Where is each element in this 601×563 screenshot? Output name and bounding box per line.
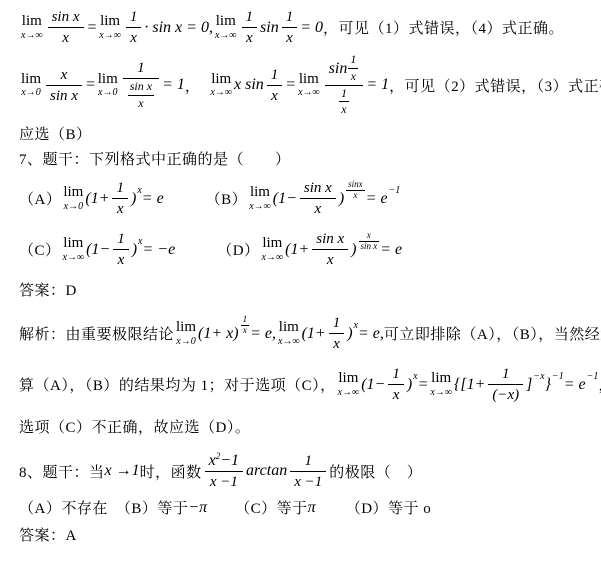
limit-operator: limx→0 [21, 72, 41, 99]
math-text: (1+ [85, 190, 109, 208]
fraction: 1x [282, 8, 298, 47]
superscript: xsin x [358, 231, 381, 252]
fraction-denominator: x [282, 28, 298, 47]
limit-subscript: x→∞ [430, 388, 452, 398]
text-run: 答案：D [19, 279, 77, 300]
text-run: 7、题干：下列格式中正确的是（ ） [19, 148, 291, 169]
fraction-denominator: x [241, 326, 250, 336]
limit-word: lim [215, 14, 237, 30]
math-text: −π [188, 499, 207, 517]
math-text: (1− [86, 241, 110, 259]
math-text: = [87, 19, 98, 37]
math-text: = e [142, 190, 164, 208]
fraction-numerator: 1 [242, 8, 258, 28]
text-run: 算（A），（B）的结果均为 1；对于选项（C）， [19, 374, 336, 395]
q7-options-cd-line: （C）limx→∞(1−1x)x = −e（D）limx→∞(1+sin xx)… [19, 230, 597, 269]
limit-subscript: x→0 [63, 202, 83, 212]
text-run: （B） [206, 188, 248, 209]
text-run: （C） [19, 239, 61, 260]
fraction-numerator: x2 −1 [205, 451, 243, 472]
limit-operator: limx→0 [63, 185, 83, 212]
superscript: −1 [552, 371, 564, 382]
fraction: sin xx [48, 8, 84, 47]
fraction: 1sin xx [123, 59, 159, 111]
fraction-denominator: sin x [46, 86, 82, 105]
fraction-numerator: 1 [123, 59, 159, 79]
limit-subscript: x→0 [176, 337, 196, 347]
fraction-denominator: x [112, 199, 128, 218]
fraction: 1x [388, 365, 404, 404]
math-text: ) [132, 241, 137, 259]
fraction-numerator: 1 [112, 179, 128, 199]
math-text: = 1 [366, 76, 389, 94]
math-text: (1− [273, 190, 297, 208]
math-text: π [308, 499, 316, 517]
fraction: 1x [267, 66, 283, 105]
math-text: ) [339, 190, 344, 208]
limit-subscript: x→∞ [262, 253, 284, 263]
limit-operator: limx→∞ [262, 236, 284, 263]
text-run: （A） [19, 188, 61, 209]
math-text: x →1 [105, 462, 140, 480]
limit-subscript: x→0 [21, 88, 41, 98]
math-text: = e [380, 241, 402, 259]
fraction-denominator: sin x [359, 242, 380, 252]
math-text: ) [347, 325, 352, 343]
fraction-denominator: x [388, 385, 404, 404]
limit-subscript: x→∞ [298, 88, 320, 98]
math-text: sin [329, 59, 348, 78]
limit-word: lim [278, 320, 300, 336]
superscript: 2 [216, 451, 221, 462]
fraction-numerator: 1 [329, 314, 345, 334]
fraction: 1x [112, 179, 128, 218]
limit-subscript: x→∞ [249, 202, 271, 212]
superscript: x [354, 320, 358, 331]
limit-word: lim [63, 185, 83, 201]
math-text: arctan [246, 462, 287, 480]
fraction-numerator: 1 [113, 230, 129, 250]
math-text: } [545, 376, 551, 394]
superscript: 1x [240, 315, 251, 336]
limit-operator: limx→∞ [210, 72, 232, 99]
limit-word: lim [430, 371, 452, 387]
fraction-denominator: x [312, 250, 348, 269]
fraction: 1x [126, 8, 142, 47]
limit-operator: limx→0 [176, 320, 196, 347]
text-run: 时，函数 [140, 461, 202, 482]
fraction: sin xx [300, 179, 336, 218]
text-run: ，可见（2）式错误，（3）式正确， [389, 75, 601, 96]
superscript: sinxx [345, 180, 366, 201]
fraction: xsin x [46, 66, 82, 105]
superscript: x [137, 185, 141, 196]
text-run: ，可见（1）式错误，（4）式正确。 [323, 17, 564, 38]
fraction-numerator: 1 [339, 87, 349, 103]
math-text: {[1+ [454, 376, 485, 394]
fraction-denominator: x [267, 86, 283, 105]
math-text: (1+ x) [198, 325, 239, 343]
math-text: −1 [220, 451, 239, 470]
limit-word: lim [249, 185, 271, 201]
fraction-denominator: (−x) [488, 385, 523, 404]
math-text: (1− [361, 376, 385, 394]
fraction: 1x [241, 315, 250, 336]
math-text: = [285, 76, 296, 94]
limit-word: lim [63, 236, 85, 252]
limit-subscript: x→∞ [99, 31, 121, 41]
limit-operator: limx→∞ [278, 320, 300, 347]
limit-subscript: x→∞ [278, 337, 300, 347]
fraction-numerator: sin x [48, 8, 84, 28]
fraction-denominator: x −1 [290, 472, 326, 491]
limit-word: lim [21, 72, 41, 88]
math-text: sin [260, 19, 279, 37]
fraction: 1x [339, 87, 349, 118]
math-text: = e [366, 190, 388, 208]
text-run: 答案：A [19, 524, 77, 545]
fraction-numerator: x [46, 66, 82, 86]
text-run: 解析：由重要极限结论 [19, 323, 174, 344]
q8-stem-line: 8、题干：当 x →1时，函数x2 −1x −1 arctan 1x −1的极限… [19, 451, 597, 491]
fraction-denominator: x [300, 199, 336, 218]
text-run: （D） [217, 239, 259, 260]
limit-operator: limx→∞ [21, 14, 43, 41]
fraction: sin xx [128, 80, 154, 111]
math-text: ) [407, 376, 412, 394]
text-run: 可立即排除（A），（B），当然经过计 [384, 323, 601, 344]
limit-subscript: x→∞ [210, 88, 232, 98]
q7-answer-line: 答案：D [19, 279, 597, 300]
math-text: · sin x = 0, [144, 19, 213, 37]
fraction: sinxx [346, 180, 365, 201]
limit-word: lim [98, 72, 118, 88]
fraction-numerator: sin x [128, 80, 154, 96]
text-run: （C）等于 [235, 497, 308, 518]
q7-options-ab-line: （A）limx→0(1+1x)x = e（B）limx→∞(1−sin xx)s… [19, 179, 597, 218]
fraction-numerator: 1 [388, 365, 404, 385]
superscript: x [413, 371, 417, 382]
document-body: limx→∞sin xx = limx→∞1x · sin x = 0, lim… [0, 0, 601, 545]
math-text: = 0 [300, 19, 323, 37]
text-run: （D）等于 o [346, 497, 432, 518]
text-run: 的极限（ ） [329, 461, 422, 482]
fraction-denominator: x [339, 102, 349, 117]
limit-subscript: x→∞ [21, 31, 43, 41]
fraction: x2 −1x −1 [205, 451, 243, 491]
fraction-numerator: 1 [126, 8, 142, 28]
limit-word: lim [210, 72, 232, 88]
limit-subscript: x→∞ [63, 253, 85, 263]
q6-answer-line: 应选（B） [19, 123, 597, 144]
limit-operator: limx→0 [98, 72, 118, 99]
text-run: （A）不存在 （B）等于 [19, 497, 188, 518]
superscript: −1 [389, 185, 401, 196]
fraction-denominator: 1x [325, 86, 364, 118]
math-text: = 1 [162, 76, 185, 94]
q6-solution-line-1: limx→∞sin xx = limx→∞1x · sin x = 0, lim… [19, 8, 597, 47]
math-text: ] [526, 376, 532, 394]
math-text: = [85, 76, 96, 94]
fraction-numerator: 1 [282, 8, 298, 28]
limit-operator: limx→∞ [63, 236, 85, 263]
limit-word: lim [176, 320, 196, 336]
q7-analysis-line-1: 解析：由重要极限结论limx→0(1+ x)1x = e,limx→∞(1+1x… [19, 314, 597, 353]
q7-stem-line: 7、题干：下列格式中正确的是（ ） [19, 148, 597, 169]
fraction: 1(−x) [488, 365, 523, 404]
math-text: ) [131, 190, 136, 208]
superscript: −x [533, 371, 544, 382]
fraction: 1x −1 [290, 452, 326, 491]
math-text: = e, [358, 325, 384, 343]
text-run: 8、题干：当 [19, 461, 105, 482]
math-text: = −e [143, 241, 176, 259]
q7-analysis-line-3: 选项（C）不正确，故应选（D）。 [19, 416, 597, 437]
text-run: 选项（C）不正确，故应选（D）。 [19, 416, 250, 437]
q8-options-line: （A）不存在 （B）等于−π（C）等于 π（D）等于 o [19, 497, 597, 518]
q8-answer-line: 答案：A [19, 524, 597, 545]
fraction-numerator: 1 [488, 365, 523, 385]
limit-word: lim [262, 236, 284, 252]
math-text: x [209, 451, 216, 470]
limit-word: lim [298, 72, 320, 88]
limit-operator: limx→∞ [249, 185, 271, 212]
math-text: ) [351, 241, 356, 259]
fraction-numerator: sin 1x [325, 53, 364, 86]
math-text: = [418, 376, 429, 394]
text-run: ， [185, 75, 201, 96]
limit-operator: limx→∞ [99, 14, 121, 41]
fraction-denominator: x [126, 28, 142, 47]
fraction-denominator: x [113, 250, 129, 269]
limit-operator: limx→∞ [298, 72, 320, 99]
q7-analysis-line-2: 算（A），（B）的结果均为 1；对于选项（C），limx→∞(1−1x)x = … [19, 365, 597, 404]
math-text: x sin [234, 76, 264, 94]
text-run: 应选（B） [19, 123, 92, 144]
limit-word: lim [21, 14, 43, 30]
limit-subscript: x→∞ [215, 31, 237, 41]
q6-solution-line-2: limx→0xsin x = limx→01sin xx = 1，limx→∞ … [19, 53, 597, 117]
fraction: sin 1x1x [325, 53, 364, 117]
fraction-denominator: sin xx [123, 79, 159, 111]
superscript: x [138, 236, 142, 247]
limit-operator: limx→∞ [338, 371, 360, 398]
fraction-denominator: x −1 [205, 472, 243, 491]
math-text: = e, [250, 325, 276, 343]
math-text: (1+ [302, 325, 326, 343]
limit-operator: limx→∞ [215, 14, 237, 41]
math-text: = e [564, 376, 586, 394]
limit-subscript: x→∞ [338, 388, 360, 398]
fraction: 1x [242, 8, 258, 47]
fraction-denominator: x [48, 28, 84, 47]
fraction-numerator: 1 [348, 53, 358, 69]
fraction: 1x [329, 314, 345, 353]
fraction-numerator: sin x [300, 179, 336, 199]
limit-word: lim [99, 14, 121, 30]
limit-word: lim [338, 371, 360, 387]
math-text: (1+ [285, 241, 309, 259]
fraction-denominator: x [329, 334, 345, 353]
fraction: xsin x [359, 231, 380, 252]
fraction: sin xx [312, 230, 348, 269]
fraction-numerator: sin x [312, 230, 348, 250]
fraction: 1x [113, 230, 129, 269]
superscript: −1 [587, 371, 599, 382]
fraction-denominator: x [346, 191, 365, 201]
fraction-numerator: 1 [267, 66, 283, 86]
fraction-numerator: 1 [290, 452, 326, 472]
limit-operator: limx→∞ [430, 371, 452, 398]
fraction-denominator: x [242, 28, 258, 47]
fraction-denominator: x [348, 69, 358, 84]
fraction: 1x [348, 53, 358, 84]
fraction-denominator: x [128, 96, 154, 111]
limit-subscript: x→0 [98, 88, 118, 98]
